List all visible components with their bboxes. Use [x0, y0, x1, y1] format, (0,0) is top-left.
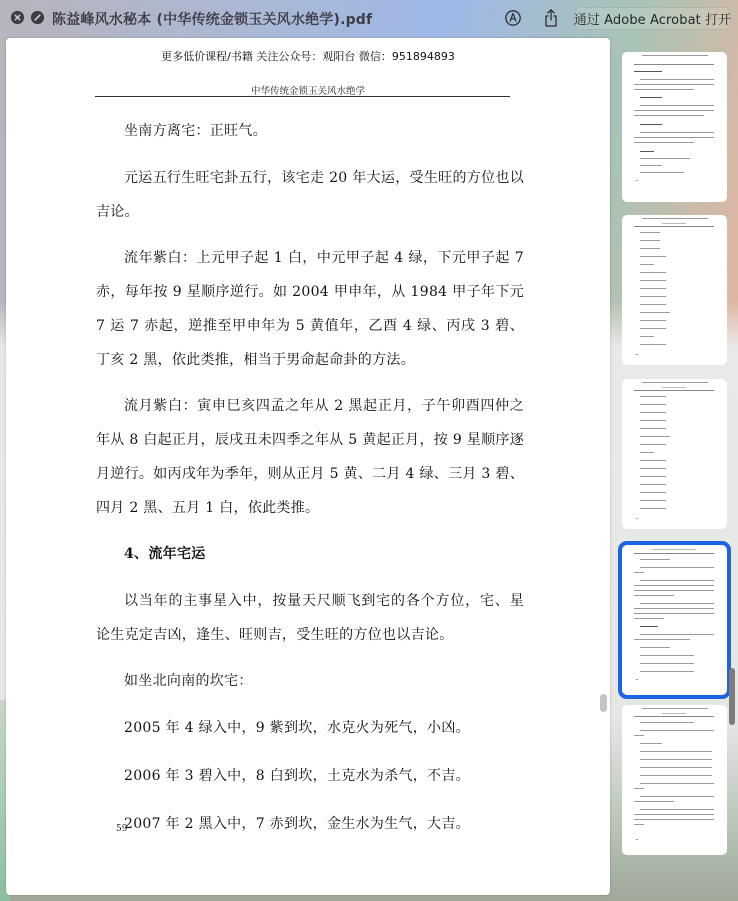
thumbnail-page-59[interactable] [622, 545, 727, 695]
document-page: 更多低价课程/书籍 关注公众号：观阳台 微信：951894893 中华传统金锁玉… [6, 38, 610, 895]
window-title: 陈益峰风水秘本 (中华传统金锁玉关风水绝学).pdf [52, 9, 372, 29]
close-button[interactable] [11, 11, 24, 24]
share-icon [543, 8, 559, 28]
header-rule [95, 96, 510, 97]
share-button[interactable] [541, 8, 561, 28]
markup-icon [504, 9, 522, 27]
running-head: 中华传统金锁玉关风水绝学 [6, 83, 610, 97]
paragraph: 坐南方离宅：正旺气。 [96, 114, 524, 148]
paragraph: 以当年的主事星入中，按量天尺顺飞到宅的各个方位，宅、星论生克定吉凶，逢生、旺则吉… [96, 584, 524, 652]
thumbnail-page-60[interactable] [622, 705, 727, 855]
thumbnail-sidebar [610, 38, 738, 901]
page-number: 59 [116, 824, 127, 834]
markup-button[interactable] [503, 8, 523, 28]
paragraph: 元运五行生旺宅卦五行，该宅走 20 年大运，受生旺的方位也以吉论。 [96, 161, 524, 229]
paragraph: 流月紫白：寅申巳亥四孟之年从 2 黑起正月，子午卯酉四仲之年从 8 白起正月，辰… [96, 389, 524, 525]
thumbnail-page-58[interactable] [622, 379, 727, 529]
minimize-button[interactable] [31, 11, 44, 24]
paragraph: 如坐北向南的坎宅： [96, 664, 524, 698]
title-bar: 陈益峰风水秘本 (中华传统金锁玉关风水绝学).pdf 通过 Adobe Acro… [0, 0, 738, 36]
section-heading: 4、流年宅运 [96, 537, 524, 571]
year-line: 2007 年 2 黑入中，7 赤到坎，金生水为生气，大吉。 [96, 807, 524, 841]
close-icon [11, 11, 24, 24]
sidebar-scrollbar[interactable] [729, 668, 735, 725]
page-body: 坐南方离宅：正旺气。 元运五行生旺宅卦五行，该宅走 20 年大运，受生旺的方位也… [96, 114, 524, 855]
document-scrollbar[interactable] [600, 694, 607, 712]
open-in-acrobat-button[interactable]: 通过 Adobe Acrobat 打开 [574, 7, 731, 30]
thumbnail-page-57[interactable] [622, 215, 727, 365]
promo-banner: 更多低价课程/书籍 关注公众号：观阳台 微信：951894893 [6, 48, 610, 64]
year-line: 2006 年 3 碧入中，8 白到坎，土克水为杀气，不吉。 [96, 759, 524, 793]
thumbnail-page-56[interactable] [622, 52, 727, 202]
year-line: 2005 年 4 绿入中，9 紫到坎，水克火为死气，小凶。 [96, 711, 524, 745]
paragraph: 流年紫白：上元甲子起 1 白，中元甲子起 4 绿，下元甲子起 7 赤，每年按 9… [96, 241, 524, 377]
minimize-icon [31, 11, 44, 24]
